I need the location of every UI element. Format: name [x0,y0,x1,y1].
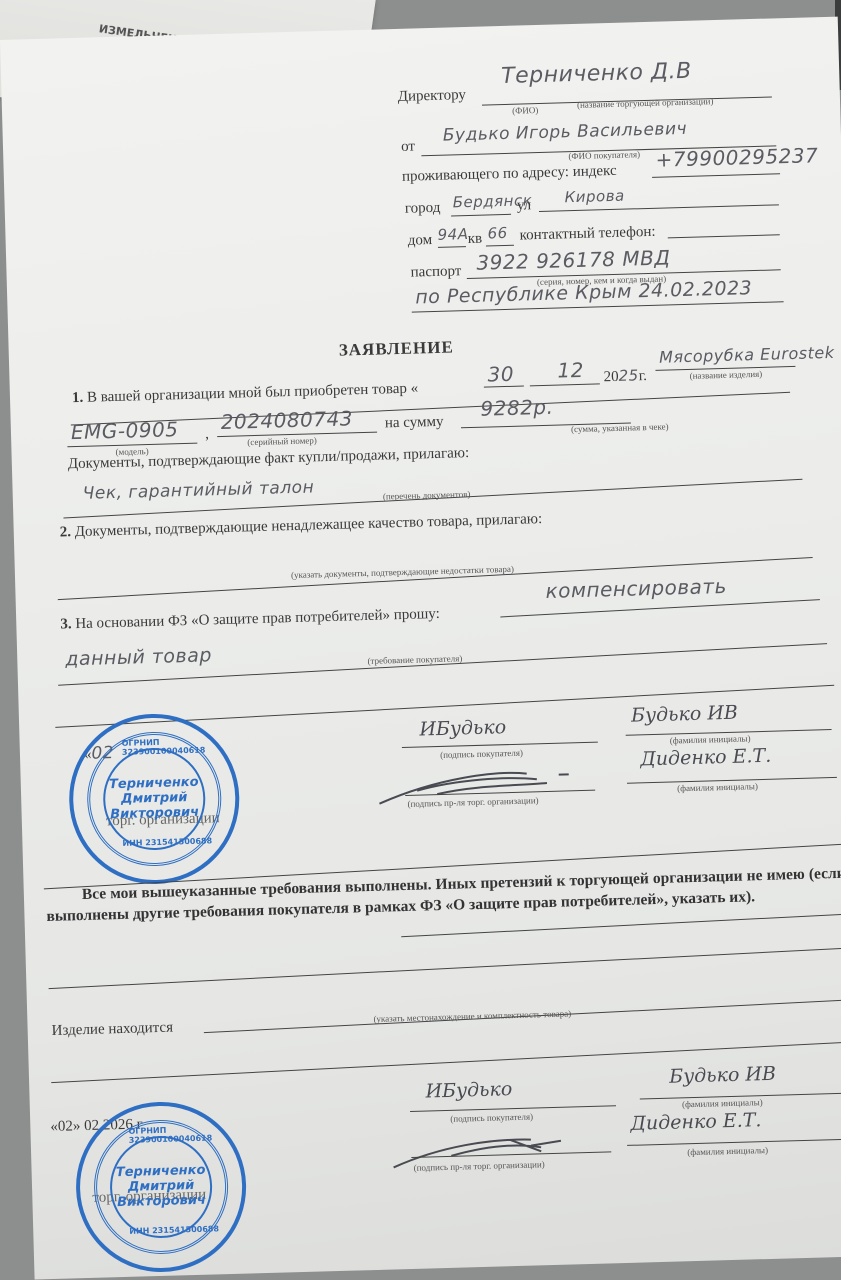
street-label: ул [517,197,532,214]
passport-label: паспорт [410,263,461,281]
house-value: 94А [437,225,468,244]
index-value: +79900295237 [655,143,818,172]
from-label: от [401,138,415,155]
director-caption-fio: (ФИО) [512,105,538,116]
apt-label: кв [468,231,483,248]
item3-text: На основании ФЗ «О защите прав потребите… [75,606,440,632]
item1-year-suffix: г. [639,368,648,384]
sum-label: на сумму [385,414,444,433]
item1-year-prefix: 20 [603,369,618,385]
stamp-ogrnip: ОГРНИП 323900100040618 [128,1124,240,1145]
sign2-buyer-name: Будько ИВ [669,1063,776,1088]
sign1-seller-name-caption: (фамилия инициалы) [677,781,758,793]
item3-value-line1: компенсировать [545,574,727,603]
serial-value: 2024080743 [220,406,353,434]
serial-caption: (серийный номер) [247,435,317,447]
item1-number: 1. [72,390,84,406]
docs-caption: (перечень документов) [383,489,471,501]
item2-number: 2. [60,524,72,540]
stamp-ogrnip: ОГРНИП 323900100040618 [122,736,234,757]
item1-day: 30 [487,362,514,387]
page-title: ЗАЯВЛЕНИЕ [339,337,455,360]
sum-caption: (сумма, указанная в чеке) [571,421,669,434]
item2-text: Документы, подтверждающие ненадлежащее к… [75,511,543,540]
sum-value: 9282р. [480,395,554,421]
director-value: Терниченко Д.В [501,59,692,89]
sign1-seller-name: Диденко Е.Т. [640,745,772,771]
city-label: город [405,200,441,218]
director-label: Директору [398,87,467,106]
location-label: Изделие находится [51,1020,173,1040]
passport-value: 3922 926178 МВД [476,245,671,274]
item1-year-hand: 25 [618,366,639,385]
address-label: проживающего по адресу: индекс [402,163,617,186]
claim-form-page: Директору Терниченко Д.В (ФИО) (название… [0,17,841,1280]
sign2-seller-name-caption: (фамилия инициалы) [687,1145,768,1157]
from-value: Будько Игорь Васильевич [443,119,688,146]
item1-month: 12 [557,358,584,383]
sign2-seller-name: Диденко Е.Т. [630,1109,762,1135]
phone-label: контактный телефон: [519,224,655,245]
product-name: Мясорубка Eurostek [659,343,835,367]
location-caption: (указать местонахождение и комплектность… [373,1008,571,1024]
from-caption: (ФИО покупателя) [568,149,640,161]
company-stamp-1: ОГРНИП 323900100040618 Терниченко Дмитри… [67,712,242,887]
sign1-buyer-name-caption: (фамилия инициалы) [670,733,751,745]
director-caption-org: (название торгующей организации) [577,96,714,110]
apt-value: 66 [487,224,508,243]
sign1-buyer-signature: ИБудько [419,716,506,740]
sign2-buyer-signature: ИБудько [425,1078,512,1102]
item1-text: В вашей организации мной был приобретен … [87,380,419,405]
product-caption: (название изделия) [690,369,763,381]
model-value: EMG-0905 [71,417,179,444]
house-label: дом [408,232,433,250]
item2-caption: (указать документы, подтверждающие недос… [291,564,514,580]
sign1-buyer-name: Будько ИВ [631,702,738,727]
item3-value-line2: данный товар [65,644,212,670]
street-value: Кирова [564,187,625,207]
docs-value: Чек, гарантийный талон [82,477,314,503]
sign1-buyer-sig-caption: (подпись покупателя) [440,748,523,760]
sign2-buyer-sig-caption: (подпись покупателя) [450,1112,533,1124]
item3-number: 3. [60,616,72,632]
sign2-buyer-name-caption: (фамилия инициалы) [682,1097,763,1109]
